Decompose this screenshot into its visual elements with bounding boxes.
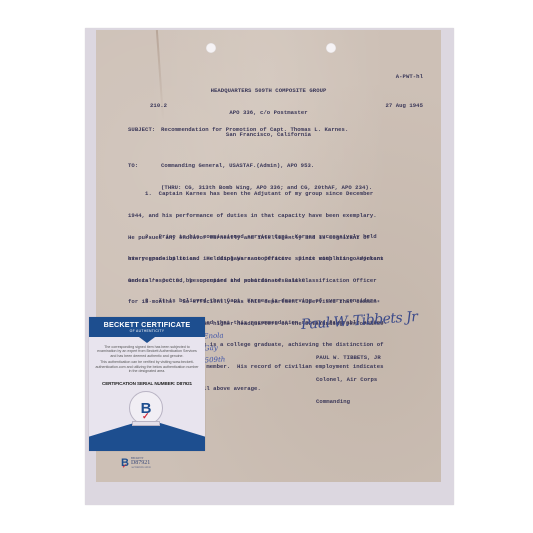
certificate-header: BECKETT CERTIFICATE OF AUTHENTICITY xyxy=(89,317,205,337)
signer-rank: Colonel, Air Corps xyxy=(316,376,381,383)
subject-label: SUBJECT: xyxy=(128,126,161,133)
certificate-of-authenticity-card: BECKETT CERTIFICATE OF AUTHENTICITY The … xyxy=(89,317,205,451)
letterhead: HEADQUARTERS 509TH COMPOSITE GROUP APO 3… xyxy=(96,73,441,152)
letterhead-line: APO 336, c/o Postmaster xyxy=(96,109,441,116)
inscription-line: Enola xyxy=(203,329,224,342)
sticker-text: BECKETT D87921 AUTHENTICATED xyxy=(131,457,151,469)
certificate-subtitle: OF AUTHENTICITY xyxy=(89,329,205,333)
signature-block: PAUL W. TIBBETS, JR Colonel, Air Corps C… xyxy=(316,340,381,419)
reference-code: A-PWT-hl xyxy=(396,73,423,80)
serial-label: CERTIFICATION SERIAL NUMBER: xyxy=(102,381,175,386)
signer-name: PAUL W. TIBBETS, JR xyxy=(316,354,381,361)
text-line: every grade up to and including Warrant … xyxy=(128,255,384,262)
certificate-body: The corresponding signed item has been s… xyxy=(95,345,199,375)
beckett-logo-icon: B✓ xyxy=(121,457,129,469)
signer-title: Commanding xyxy=(316,398,381,405)
text-line: 3. It is believed that Capt. Karnes is d… xyxy=(128,297,387,304)
punch-hole-right xyxy=(326,43,336,53)
seal-ribbon xyxy=(132,421,160,426)
certificate-title: BECKETT CERTIFICATE xyxy=(89,317,205,329)
sticker-caption: AUTHENTICATED xyxy=(131,466,151,469)
serial-number: D87921 xyxy=(177,381,193,386)
authentication-sticker: B✓ BECKETT D87921 AUTHENTICATED xyxy=(121,457,151,469)
certificate-verification-note: This authentication can be verified by v… xyxy=(95,360,199,373)
to-label: TO: xyxy=(128,162,161,169)
text-line: 2. Prior to his commissioned service Cap… xyxy=(128,233,384,240)
inscription-line: 509th xyxy=(204,353,225,366)
checkmark-icon: ✓ xyxy=(122,463,127,470)
to-line-1: Commanding General, USASTAF.(Admin), APO… xyxy=(161,162,314,169)
letter-date: 27 Aug 1945 xyxy=(386,102,423,109)
handwritten-inscription: Enola Gay 509th xyxy=(203,329,226,366)
header-notch xyxy=(139,337,155,343)
certificate-serial: CERTIFICATION SERIAL NUMBER: D87921 xyxy=(93,381,201,386)
subject-text: Recommendation for Promotion of Capt. Th… xyxy=(161,126,348,133)
inscription-line: Gay xyxy=(204,341,225,354)
text-line: 1. Captain Karnes has been the Adjutant … xyxy=(128,190,384,197)
file-code: 210.2 xyxy=(150,102,167,109)
subject-line: SUBJECT:Recommendation for Promotion of … xyxy=(128,126,348,133)
punch-hole-left xyxy=(206,43,216,53)
certificate-statement: The corresponding signed item has been s… xyxy=(95,345,199,358)
letterhead-line: HEADQUARTERS 509TH COMPOSITE GROUP xyxy=(96,87,441,94)
beckett-seal-icon: B ✓ xyxy=(129,391,163,425)
